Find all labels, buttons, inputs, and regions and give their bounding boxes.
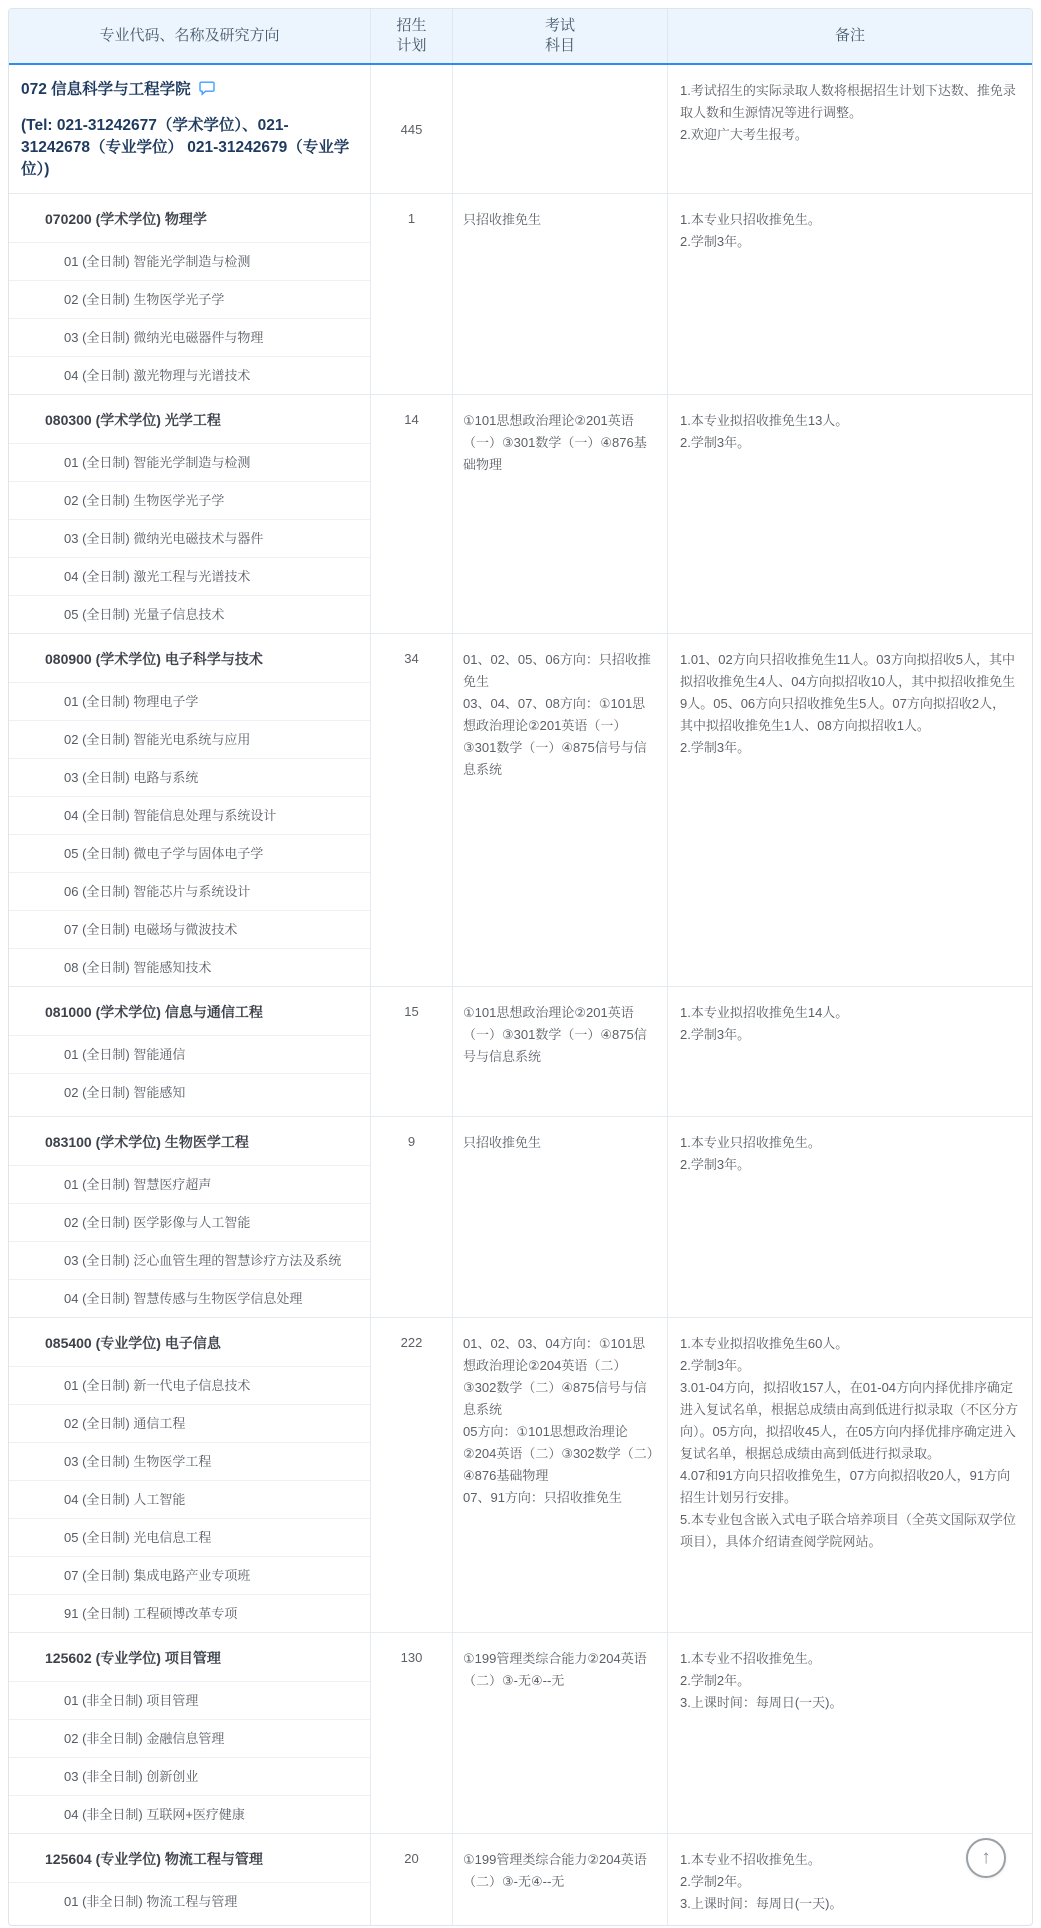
direction-row: 01 (非全日制) 项目管理: [9, 1681, 370, 1719]
exam-line: 只招收推免生: [463, 1132, 657, 1154]
enrollment-plan-value: 445: [401, 122, 423, 137]
direction-row: 91 (全日制) 工程硕博改革专项: [9, 1594, 370, 1632]
school-section: 072 信息科学与工程学院 (Tel: 021-31242677（学术学位）、0…: [9, 65, 1032, 193]
exam-subjects-cell: 只招收推免生: [453, 1117, 668, 1317]
col-header-exam: 考试 科目: [453, 9, 668, 63]
exam-subjects-cell: 01、02、05、06方向：只招收推免生 03、04、07、08方向：①101思…: [453, 634, 668, 986]
program-section: 080300 (学术学位) 光学工程 01 (全日制) 智能光学制造与检测 02…: [9, 394, 1032, 633]
remark-line: 3.01-04方向，拟招收157人，在01-04方向内择优排序确定进入复试名单，…: [680, 1377, 1018, 1465]
remark-line: 5.本专业包含嵌入式电子联合培养项目（全英文国际双学位项目），具体介绍请查阅学院…: [680, 1509, 1018, 1553]
enrollment-plan-value: 9: [371, 1117, 452, 1149]
program-section: 125604 (专业学位) 物流工程与管理 01 (非全日制) 物流工程与管理 …: [9, 1833, 1032, 1925]
direction-row: 04 (全日制) 激光物理与光谱技术: [9, 356, 370, 394]
program-title: 085400 (专业学位) 电子信息: [9, 1318, 370, 1366]
remark-line: 2.学制3年。: [680, 432, 1018, 454]
remarks-cell: 1.本专业拟招收推免生14人。 2.学制3年。: [668, 987, 1032, 1116]
direction-row: 03 (全日制) 微纳光电磁器件与物理: [9, 318, 370, 356]
direction-row: 05 (全日制) 光量子信息技术: [9, 595, 370, 633]
direction-row: 03 (全日制) 生物医学工程: [9, 1442, 370, 1480]
exam-subjects-cell: ①199管理类综合能力②204英语（二）③-无④--无: [453, 1633, 668, 1833]
direction-row: 01 (非全日制) 物流工程与管理: [9, 1882, 370, 1920]
remark-line: 2.欢迎广大考生报考。: [680, 124, 1018, 146]
direction-row: 04 (全日制) 人工智能: [9, 1480, 370, 1518]
exam-subjects-cell: 只招收推免生: [453, 194, 668, 394]
direction-row: 02 (全日制) 生物医学光子学: [9, 280, 370, 318]
exam-line: ①199管理类综合能力②204英语（二）③-无④--无: [463, 1849, 657, 1893]
direction-row: 04 (全日制) 激光工程与光谱技术: [9, 557, 370, 595]
enrollment-plan-value: 15: [371, 987, 452, 1019]
enrollment-plan-value: 34: [371, 634, 452, 666]
admission-plan-table: 专业代码、名称及研究方向 招生 计划 考试 科目 备注 072 信息科学与工程学…: [8, 8, 1033, 1926]
exam-subjects-cell: 01、02、03、04方向：①101思想政治理论②204英语（二）③302数学（…: [453, 1318, 668, 1632]
direction-row: 05 (全日制) 光电信息工程: [9, 1518, 370, 1556]
direction-row: 01 (全日制) 智能光学制造与检测: [9, 443, 370, 481]
exam-line: 只招收推免生: [463, 209, 657, 231]
direction-row: 04 (全日制) 智能信息处理与系统设计: [9, 796, 370, 834]
direction-row: 03 (非全日制) 创新创业: [9, 1757, 370, 1795]
table-header-row: 专业代码、名称及研究方向 招生 计划 考试 科目 备注: [9, 9, 1032, 65]
direction-row: 02 (全日制) 医学影像与人工智能: [9, 1203, 370, 1241]
program-title: 125604 (专业学位) 物流工程与管理: [9, 1834, 370, 1882]
remarks-cell: 1.本专业不招收推免生。 2.学制2年。 3.上课时间：每周日(一天)。: [668, 1633, 1032, 1833]
remark-line: 2.学制3年。: [680, 231, 1018, 253]
remark-line: 2.学制2年。: [680, 1871, 1018, 1893]
remarks-cell: 1.本专业拟招收推免生60人。 2.学制3年。 3.01-04方向，拟招收157…: [668, 1318, 1032, 1632]
direction-row: 08 (全日制) 智能感知技术: [9, 948, 370, 986]
remarks-cell: 1.本专业只招收推免生。 2.学制3年。: [668, 194, 1032, 394]
exam-line: 03、04、07、08方向：①101思想政治理论②201英语（一）③301数学（…: [463, 693, 657, 781]
direction-row: 01 (全日制) 新一代电子信息技术: [9, 1366, 370, 1404]
direction-row: 07 (全日制) 电磁场与微波技术: [9, 910, 370, 948]
remark-line: 2.学制3年。: [680, 1154, 1018, 1176]
remark-line: 1.01、02方向只招收推免生11人。03方向拟招收5人，其中拟招收推免生4人、…: [680, 649, 1018, 737]
up-arrow-icon: ↑: [981, 1847, 991, 1868]
remark-line: 1.考试招生的实际录取人数将根据招生计划下达数、推免录取人数和生源情况等进行调整…: [680, 80, 1018, 124]
remark-line: 4.07和91方向只招收推免生，07方向拟招收20人，91方向招生计划另行安排。: [680, 1465, 1018, 1509]
exam-line: 05方向：①101思想政治理论②204英语（二）③302数学（二）④876基础物…: [463, 1421, 657, 1487]
col-header-remarks: 备注: [668, 9, 1032, 63]
direction-row: 03 (全日制) 微纳光电磁技术与器件: [9, 519, 370, 557]
exam-line: 07、91方向：只招收推免生: [463, 1487, 657, 1509]
direction-row: 04 (非全日制) 互联网+医疗健康: [9, 1795, 370, 1833]
col-header-plan: 招生 计划: [371, 9, 453, 63]
direction-row: 03 (全日制) 泛心血管生理的智慧诊疗方法及系统: [9, 1241, 370, 1279]
direction-row: 02 (全日制) 智能光电系统与应用: [9, 720, 370, 758]
program-title: 083100 (学术学位) 生物医学工程: [9, 1117, 370, 1165]
direction-row: 01 (全日制) 智能光学制造与检测: [9, 242, 370, 280]
exam-subjects-cell: ①101思想政治理论②201英语（一）③301数学（一）④875信号与信息系统: [453, 987, 668, 1116]
exam-subjects-cell: ①101思想政治理论②201英语（一）③301数学（一）④876基础物理: [453, 395, 668, 633]
remark-line: 1.本专业拟招收推免生14人。: [680, 1002, 1018, 1024]
program-section: 081000 (学术学位) 信息与通信工程 01 (全日制) 智能通信 02 (…: [9, 986, 1032, 1116]
direction-row: 02 (非全日制) 金融信息管理: [9, 1719, 370, 1757]
remarks-cell: 1.本专业只招收推免生。 2.学制3年。: [668, 1117, 1032, 1317]
enrollment-plan-value: 14: [371, 395, 452, 427]
direction-row: 04 (全日制) 智慧传感与生物医学信息处理: [9, 1279, 370, 1317]
back-to-top-button[interactable]: ↑: [966, 1838, 1006, 1878]
remark-line: 2.学制2年。: [680, 1670, 1018, 1692]
exam-line: 01、02、05、06方向：只招收推免生: [463, 649, 657, 693]
remark-line: 3.上课时间：每周日(一天)。: [680, 1893, 1018, 1915]
enrollment-plan-value: 130: [371, 1633, 452, 1665]
exam-subjects-cell: [453, 65, 668, 193]
program-section: 080900 (学术学位) 电子科学与技术 01 (全日制) 物理电子学 02 …: [9, 633, 1032, 986]
comment-bubble-icon[interactable]: [199, 81, 215, 103]
enrollment-plan-value: 20: [371, 1834, 452, 1866]
remarks-cell: 1.本专业拟招收推免生13人。 2.学制3年。: [668, 395, 1032, 633]
program-section: 085400 (专业学位) 电子信息 01 (全日制) 新一代电子信息技术 02…: [9, 1317, 1032, 1632]
enrollment-plan-value: 222: [371, 1318, 452, 1350]
direction-row: 01 (全日制) 智慧医疗超声: [9, 1165, 370, 1203]
exam-subjects-cell: ①199管理类综合能力②204英语（二）③-无④--无: [453, 1834, 668, 1925]
remarks-cell: 1.考试招生的实际录取人数将根据招生计划下达数、推免录取人数和生源情况等进行调整…: [668, 65, 1032, 193]
remarks-cell: 1.01、02方向只招收推免生11人。03方向拟招收5人，其中拟招收推免生4人、…: [668, 634, 1032, 986]
exam-line: ①199管理类综合能力②204英语（二）③-无④--无: [463, 1648, 657, 1692]
direction-row: 05 (全日制) 微电子学与固体电子学: [9, 834, 370, 872]
direction-row: 07 (全日制) 集成电路产业专项班: [9, 1556, 370, 1594]
direction-row: 02 (全日制) 智能感知: [9, 1073, 370, 1111]
exam-line: ①101思想政治理论②201英语（一）③301数学（一）④876基础物理: [463, 410, 657, 476]
program-title: 080900 (学术学位) 电子科学与技术: [9, 634, 370, 682]
school-tel: (Tel: 021-31242677（学术学位）、021-31242678（专业…: [21, 115, 356, 181]
program-section: 083100 (学术学位) 生物医学工程 01 (全日制) 智慧医疗超声 02 …: [9, 1116, 1032, 1317]
direction-row: 01 (全日制) 智能通信: [9, 1035, 370, 1073]
remark-line: 1.本专业只招收推免生。: [680, 209, 1018, 231]
direction-row: 02 (全日制) 通信工程: [9, 1404, 370, 1442]
exam-line: 01、02、03、04方向：①101思想政治理论②204英语（二）③302数学（…: [463, 1333, 657, 1421]
program-section: 125602 (专业学位) 项目管理 01 (非全日制) 项目管理 02 (非全…: [9, 1632, 1032, 1833]
remark-line: 2.学制3年。: [680, 1355, 1018, 1377]
enrollment-plan-value: 1: [371, 194, 452, 226]
remark-line: 3.上课时间：每周日(一天)。: [680, 1692, 1018, 1714]
remark-line: 1.本专业拟招收推免生13人。: [680, 410, 1018, 432]
exam-line: ①101思想政治理论②201英语（一）③301数学（一）④875信号与信息系统: [463, 1002, 657, 1068]
direction-row: 03 (全日制) 电路与系统: [9, 758, 370, 796]
direction-row: 02 (全日制) 生物医学光子学: [9, 481, 370, 519]
direction-row: 06 (全日制) 智能芯片与系统设计: [9, 872, 370, 910]
remark-line: 2.学制3年。: [680, 1024, 1018, 1046]
remark-line: 2.学制3年。: [680, 737, 1018, 759]
program-section: 070200 (学术学位) 物理学 01 (全日制) 智能光学制造与检测 02 …: [9, 193, 1032, 394]
school-title: 072 信息科学与工程学院: [21, 79, 356, 103]
program-title: 081000 (学术学位) 信息与通信工程: [9, 987, 370, 1035]
program-title: 070200 (学术学位) 物理学: [9, 194, 370, 242]
remark-line: 1.本专业拟招收推免生60人。: [680, 1333, 1018, 1355]
col-header-major: 专业代码、名称及研究方向: [9, 9, 371, 63]
remark-line: 1.本专业只招收推免生。: [680, 1132, 1018, 1154]
program-title: 125602 (专业学位) 项目管理: [9, 1633, 370, 1681]
program-title: 080300 (学术学位) 光学工程: [9, 395, 370, 443]
remark-line: 1.本专业不招收推免生。: [680, 1648, 1018, 1670]
direction-row: 01 (全日制) 物理电子学: [9, 682, 370, 720]
